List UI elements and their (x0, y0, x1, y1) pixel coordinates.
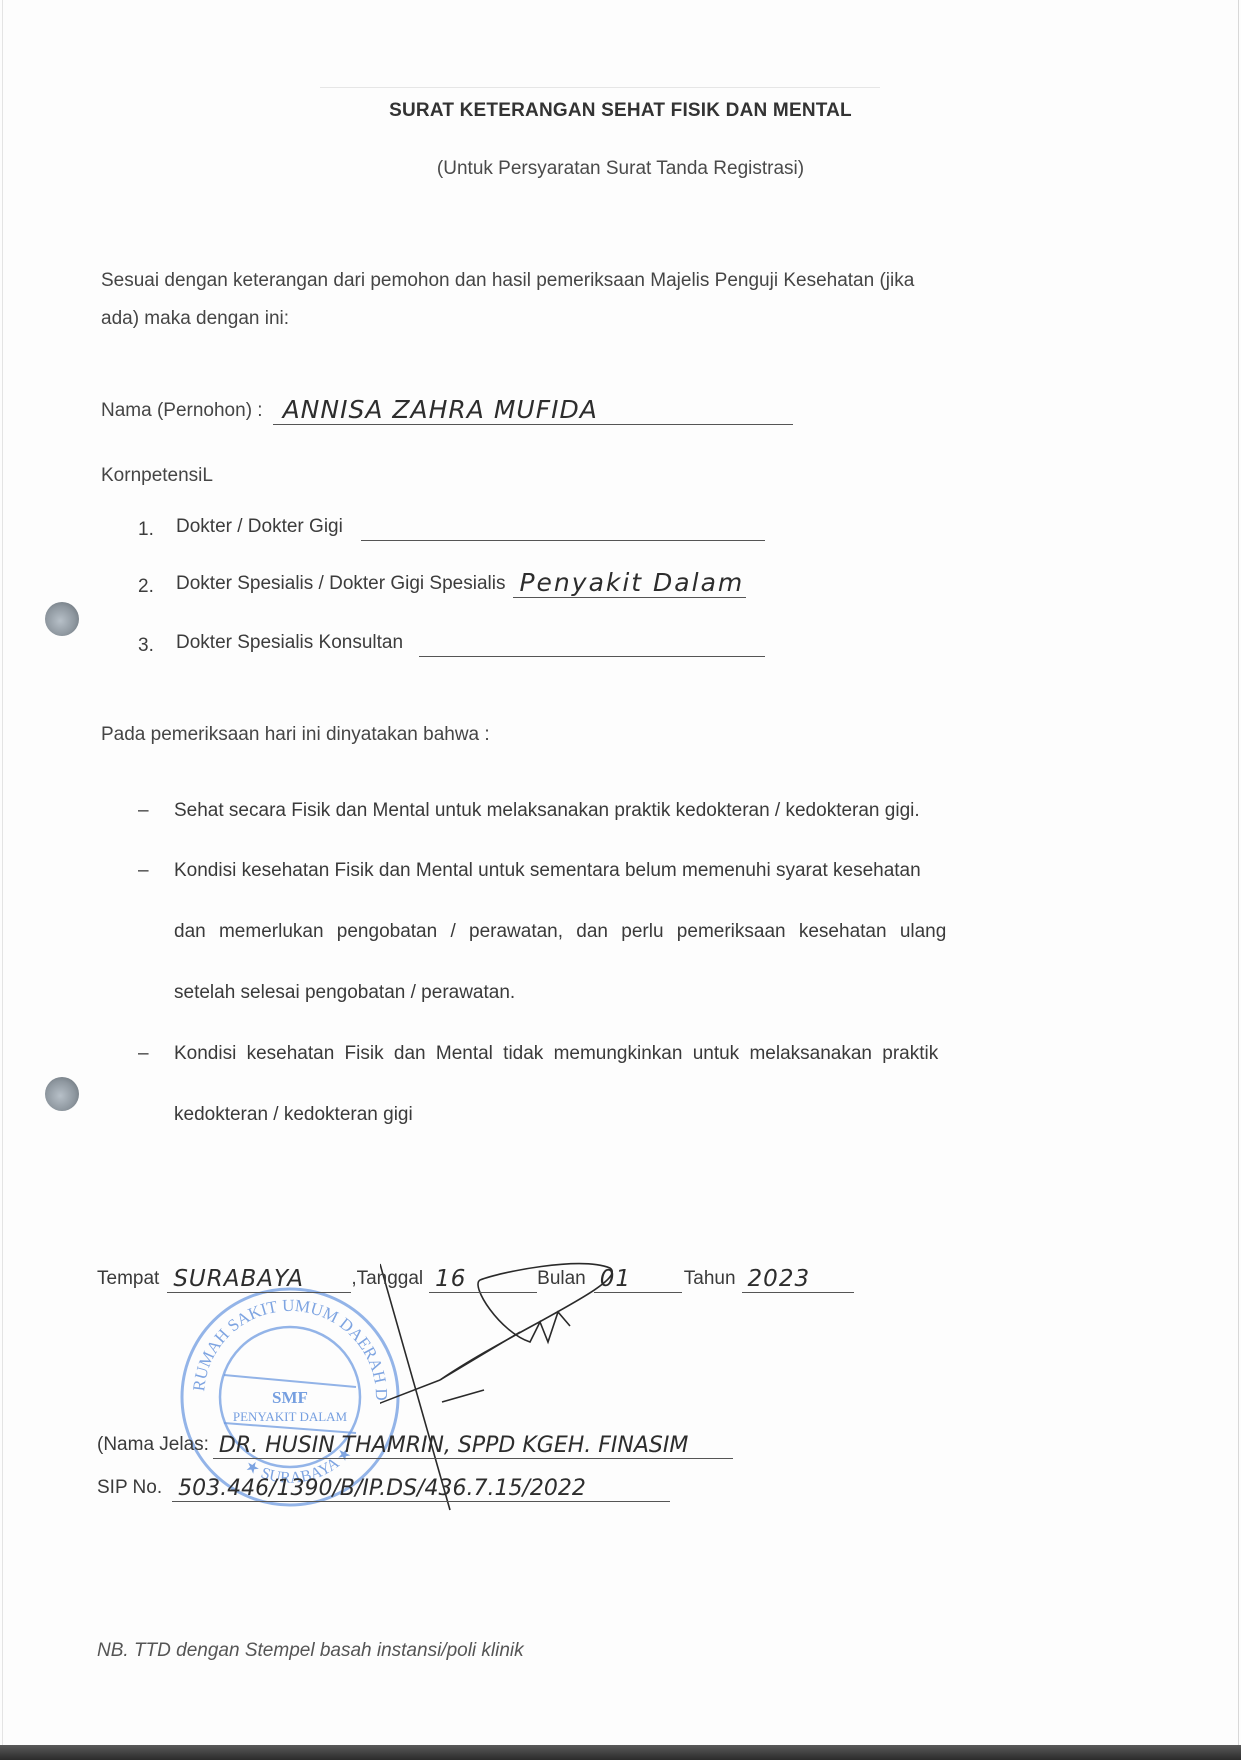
punch-hole-icon (45, 1077, 79, 1111)
dash-bullet: – (138, 800, 158, 822)
competence-item-field[interactable] (419, 630, 765, 657)
competence-item-2: 2. Dokter Spesialis / Dokter Gigi Spesia… (138, 571, 746, 598)
list-number: 1. (138, 519, 176, 541)
svg-text:PENYAKIT DALAM: PENYAKIT DALAM (233, 1409, 348, 1424)
intro-line: ada) maka dengan ini: (101, 300, 1091, 338)
intro-line: Sesuai dengan keterangan dari pemohon da… (101, 262, 1091, 300)
intro-paragraph: Sesuai dengan keterangan dari pemohon da… (101, 262, 1091, 338)
top-faint-line (320, 87, 880, 88)
statement-line: kedokteran / kedokteran gigi (174, 1104, 413, 1125)
applicant-name-value: ANNISA ZAHRA MUFIDA (277, 395, 598, 424)
statement-line: setelah selesai pengobatan / perawatan. (174, 982, 515, 1003)
punch-hole-icon (45, 602, 79, 636)
applicant-name-field[interactable]: ANNISA ZAHRA MUFIDA (273, 398, 793, 425)
competence-item-field[interactable] (361, 514, 765, 541)
statement-3-line-2: kedokteran / kedokteran gigi (174, 1104, 413, 1126)
page-edge-right (1238, 0, 1239, 1745)
list-number: 2. (138, 576, 176, 598)
competence-item-3: 3. Dokter Spesialis Konsultan (138, 630, 765, 657)
document-title: SURAT KETERANGAN SEHAT FISIK DAN MENTAL (0, 100, 1241, 122)
svg-text:SMF: SMF (272, 1388, 308, 1407)
date-field[interactable]: 16 (429, 1266, 537, 1293)
applicant-name-label: Nama (Pernohon) : (101, 400, 263, 425)
year-field[interactable]: 2023 (742, 1266, 854, 1293)
date-label: ,Tanggal (351, 1268, 423, 1293)
place-field[interactable]: SURABAYA (167, 1266, 351, 1293)
footnote: NB. TTD dengan Stempel basah instansi/po… (97, 1640, 524, 1662)
competence-item-label: Dokter Spesialis / Dokter Gigi Spesialis (176, 573, 505, 598)
signer-name-field[interactable]: DR. HUSIN THAMRIN, SPPD KGEH. FINASIM (213, 1432, 733, 1459)
list-number: 3. (138, 635, 176, 657)
page-edge-left (2, 0, 3, 1745)
sip-row: SIP No. 503.446/1390/B/IP.DS/436.7.15/20… (97, 1475, 670, 1502)
place-date-row: Tempat SURABAYA ,Tanggal 16 Bulan 01 Tah… (97, 1266, 854, 1293)
statement-line: Sehat secara Fisik dan Mental untuk mela… (174, 800, 920, 822)
month-label: Bulan (537, 1268, 586, 1293)
statement-line: Kondisi kesehatan Fisik dan Mental untuk… (174, 860, 921, 882)
statement-2-line-2: dan memerlukan pengobatan / perawatan, d… (174, 921, 946, 943)
competence-item-label: Dokter Spesialis Konsultan (176, 632, 403, 657)
statement-2-line-3: setelah selesai pengobatan / perawatan. (174, 982, 515, 1004)
sip-value: 503.446/1390/B/IP.DS/436.7.15/2022 (172, 1476, 586, 1501)
sip-label: SIP No. (97, 1477, 162, 1502)
place-value: SURABAYA (167, 1266, 304, 1292)
competence-item-1: 1. Dokter / Dokter Gigi (138, 514, 765, 541)
statement-intro: Pada pemeriksaan hari ini dinyatakan bah… (101, 716, 1091, 754)
scan-bottom-edge (0, 1745, 1241, 1760)
signer-name-label: (Nama Jelas: (97, 1434, 209, 1459)
dash-bullet: – (138, 860, 158, 882)
month-field[interactable]: 01 (594, 1266, 682, 1293)
competence-item-field[interactable]: Penyakit Dalam (513, 571, 746, 598)
year-value: 2023 (742, 1266, 811, 1292)
month-value: 01 (594, 1266, 631, 1292)
signer-name-value: DR. HUSIN THAMRIN, SPPD KGEH. FINASIM (213, 1433, 688, 1458)
applicant-name-row: Nama (Pernohon) : ANNISA ZAHRA MUFIDA (101, 398, 793, 425)
place-label: Tempat (97, 1268, 159, 1293)
document-subtitle: (Untuk Persyaratan Surat Tanda Registras… (0, 158, 1241, 180)
date-value: 16 (429, 1266, 466, 1292)
signer-name-row: (Nama Jelas: DR. HUSIN THAMRIN, SPPD KGE… (97, 1432, 733, 1459)
dash-bullet: – (138, 1043, 158, 1065)
competence-item-value: Penyakit Dalam (513, 568, 744, 597)
sip-field[interactable]: 503.446/1390/B/IP.DS/436.7.15/2022 (172, 1475, 670, 1502)
statement-line: dan memerlukan pengobatan / perawatan, d… (174, 921, 946, 942)
competence-item-label: Dokter / Dokter Gigi (176, 516, 343, 541)
statement-line: Kondisi kesehatan Fisik dan Mental tidak… (174, 1043, 938, 1065)
year-label: Tahun (684, 1268, 736, 1293)
competence-label: KornpetensiL (101, 457, 1091, 495)
